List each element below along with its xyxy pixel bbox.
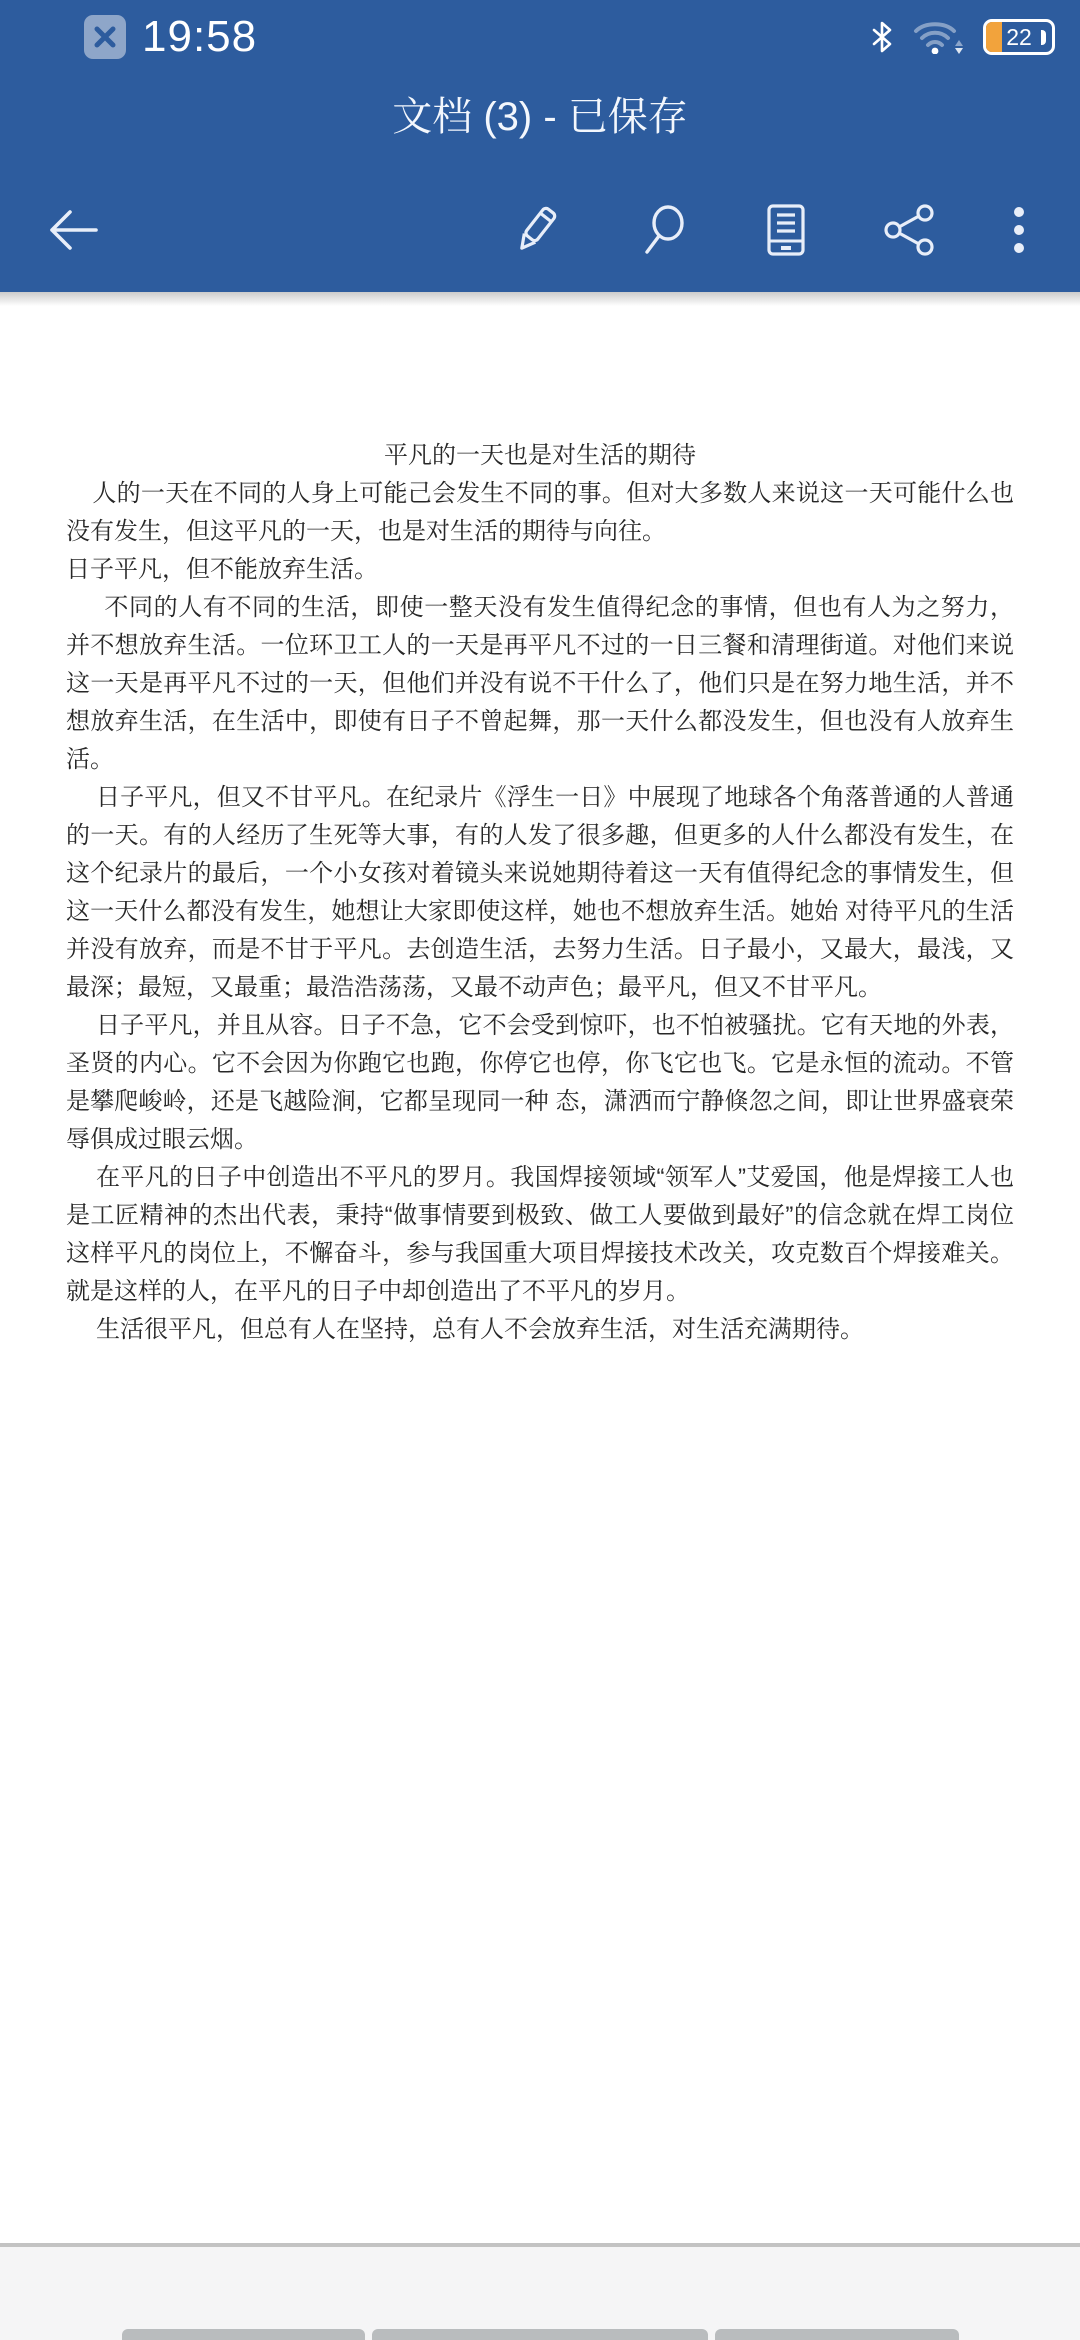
battery-fill: [986, 22, 1002, 52]
battery-percent: 22: [1006, 26, 1032, 49]
bottom-toolbar-panel: [0, 2243, 1080, 2340]
phone-screen: 19:58: [0, 0, 1080, 2340]
share-button[interactable]: [882, 204, 936, 256]
doc-paragraph: 日子平凡，并且从容。日子不急，它不会受到惊吓，也不怕被骚扰。它有天地的外表，圣贤…: [66, 1007, 1014, 1159]
wifi-weak-icon: [913, 20, 965, 54]
document-title-bar: 文档 (3) - 已保存: [0, 85, 1080, 142]
doc-paragraph: 人的一天在不同的人身上可能己会发生不同的事。但对大多数人来说这一天可能什么也没有…: [66, 475, 1014, 551]
bluetooth-icon: [869, 20, 895, 54]
toolbar-actions: [510, 204, 1026, 256]
search-button[interactable]: [638, 204, 690, 256]
doc-heading: 平凡的一天也是对生活的期待: [66, 437, 1014, 475]
bottom-toolbar-button[interactable]: [372, 2329, 708, 2340]
doc-paragraph: 在平凡的日子中创造出不平凡的罗月。我国焊接领域“领军人”艾爱国，他是焊接工人也是…: [66, 1159, 1014, 1311]
document-canvas[interactable]: 平凡的一天也是对生活的期待 人的一天在不同的人身上可能己会发生不同的事。但对大多…: [66, 437, 1014, 1349]
status-time: 19:58: [142, 12, 257, 62]
status-right: 22: [869, 19, 1046, 55]
mobile-view-button[interactable]: [766, 204, 806, 256]
no-sim-icon: [84, 15, 126, 59]
app-header: 19:58: [0, 0, 1080, 292]
bottom-toolbar-button[interactable]: [122, 2329, 365, 2340]
status-bar: 19:58: [0, 8, 1080, 66]
status-left: 19:58: [84, 12, 257, 62]
doc-paragraph: 日子平凡，但又不甘平凡。在纪录片《浮生一日》中展现了地球各个角落普通的人普通的一…: [66, 779, 1014, 1007]
back-button[interactable]: [44, 204, 102, 256]
toolbar: [0, 180, 1080, 280]
battery-indicator: 22: [983, 19, 1046, 55]
doc-paragraph: 不同的人有不同的生活，即使一整天没有发生值得纪念的事情，但也有人为之努力，并不想…: [66, 589, 1014, 779]
edit-pencil-button[interactable]: [510, 204, 562, 256]
bottom-toolbar-button[interactable]: [715, 2329, 959, 2340]
overflow-menu-button[interactable]: [1012, 204, 1026, 256]
doc-paragraph: 日子平凡，但不能放弃生活。: [66, 551, 1014, 589]
battery-icon: 22: [983, 19, 1055, 55]
doc-paragraph: 生活很平凡，但总有人在坚持，总有人不会放弃生活，对生活充满期待。: [66, 1311, 1014, 1349]
